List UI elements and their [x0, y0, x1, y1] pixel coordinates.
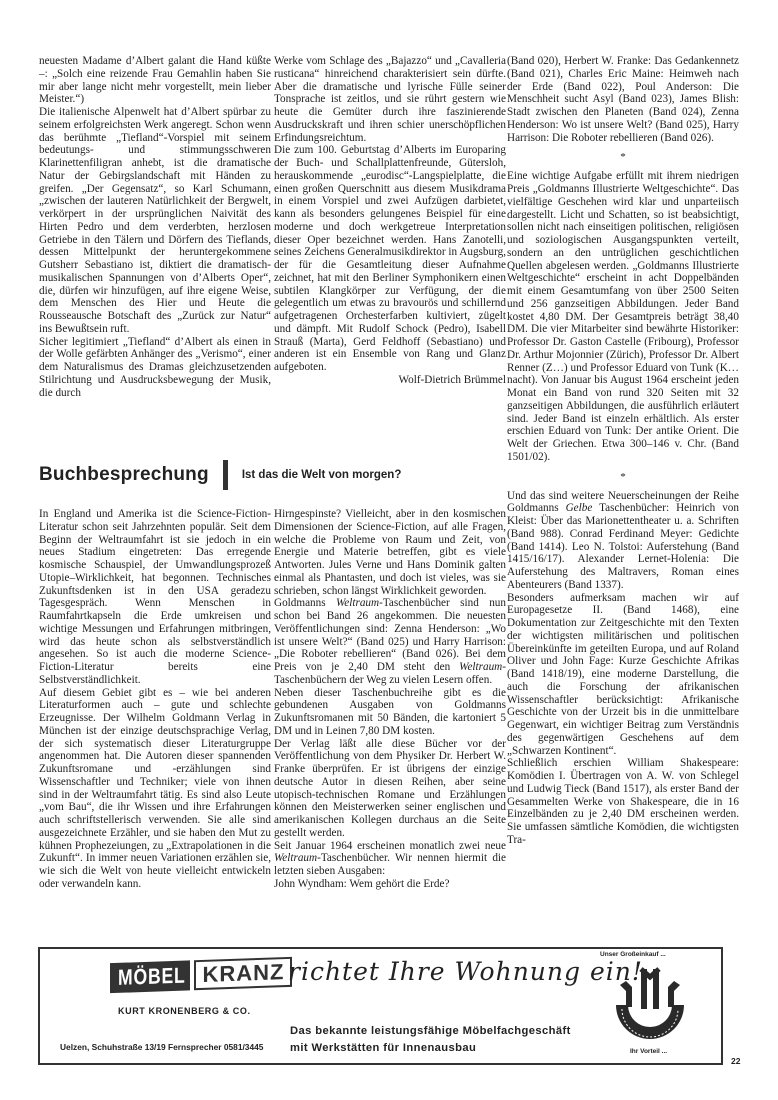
paragraph: Eine wichtige Aufgabe erfüllt mit ihrem … — [507, 170, 739, 463]
paragraph: Sicher legitimiert „Tiefland“ d’Albert a… — [39, 336, 271, 400]
moebel-kranz-logo: MÖBEL KRANZ — [110, 957, 292, 993]
paragraph: (Band 020), Herbert W. Franke: Das Gedan… — [507, 55, 739, 144]
paragraph: Und das sind weitere Neuerscheinungen de… — [507, 490, 739, 592]
review-column-3: (Band 020), Herbert W. Franke: Das Gedan… — [507, 55, 739, 847]
paragraph: Seit Januar 1964 erscheinen monatlich zw… — [274, 840, 506, 878]
company-address: Uelzen, Schuhstraße 13/19 Fernsprecher 0… — [60, 1042, 263, 1052]
page-number: 22 — [731, 1056, 740, 1066]
company-name: KURT KRONENBERG & CO. — [118, 1006, 251, 1016]
paragraph: Die italienische Alpenwelt hat d’Albert … — [39, 106, 271, 336]
advertisement-box: MÖBEL KRANZ KURT KRONENBERG & CO. Uelzen… — [38, 947, 723, 1065]
slogan-line-2: mit Werkstätten für Innenausbau — [290, 1042, 476, 1054]
paragraph: Neben dieser Taschenbuchreihe gibt es di… — [274, 687, 506, 738]
script-slogan: richtet Ihre Wohnung ein! — [288, 957, 643, 986]
section-label: Buchbesprechung — [39, 464, 209, 486]
dmg-emblem-icon — [608, 963, 692, 1047]
author-signature: Wolf-Dietrich Brümmel — [274, 374, 506, 387]
emblem-caption-top: Unser Großeinkauf ... — [600, 951, 666, 958]
paragraph: neuesten Madame d’Albert galant die Hand… — [39, 55, 271, 106]
review-column-2: Hirngespinste? Vielleicht, aber in den k… — [274, 508, 506, 891]
paragraph: Der Verlag läßt alle diese Bücher vor de… — [274, 738, 506, 840]
section-separator: * — [507, 464, 739, 490]
section-heading: Buchbesprechung Ist das die Welt von mor… — [39, 460, 401, 490]
paragraph: Schließlich erschien William Shakespeare… — [507, 757, 739, 846]
review-column-1: In England und Amerika ist die Science-F… — [39, 508, 271, 891]
article-column-1: neuesten Madame d’Albert galant die Hand… — [39, 55, 271, 399]
paragraph: Die zum 100. Geburtstag d’Alberts im Eur… — [274, 144, 506, 374]
paragraph: John Wyndham: Wem gehört die Erde? — [274, 878, 506, 891]
section-title: Ist das die Welt von morgen? — [242, 469, 402, 481]
paragraph: In England und Amerika ist die Science-F… — [39, 508, 271, 687]
paragraph: Auf diesem Gebiet gibt es – wie bei ande… — [39, 687, 271, 891]
paragraph: Goldmanns Weltraum-Taschenbücher sind nu… — [274, 597, 506, 686]
section-separator: * — [507, 144, 739, 170]
paragraph: Hirngespinste? Vielleicht, aber in den k… — [274, 508, 506, 597]
article-column-2: Werke vom Schlage des „Bajazzo“ und „Cav… — [274, 55, 506, 387]
emblem-caption-bottom: Ihr Vorteil ... — [630, 1048, 667, 1055]
paragraph: Besonders aufmerksam machen wir auf Euro… — [507, 592, 739, 758]
heading-divider-bar — [223, 460, 228, 490]
paragraph: Werke vom Schlage des „Bajazzo“ und „Cav… — [274, 55, 506, 144]
slogan-line-1: Das bekannte leistungsfähige Möbelfachge… — [290, 1025, 571, 1037]
